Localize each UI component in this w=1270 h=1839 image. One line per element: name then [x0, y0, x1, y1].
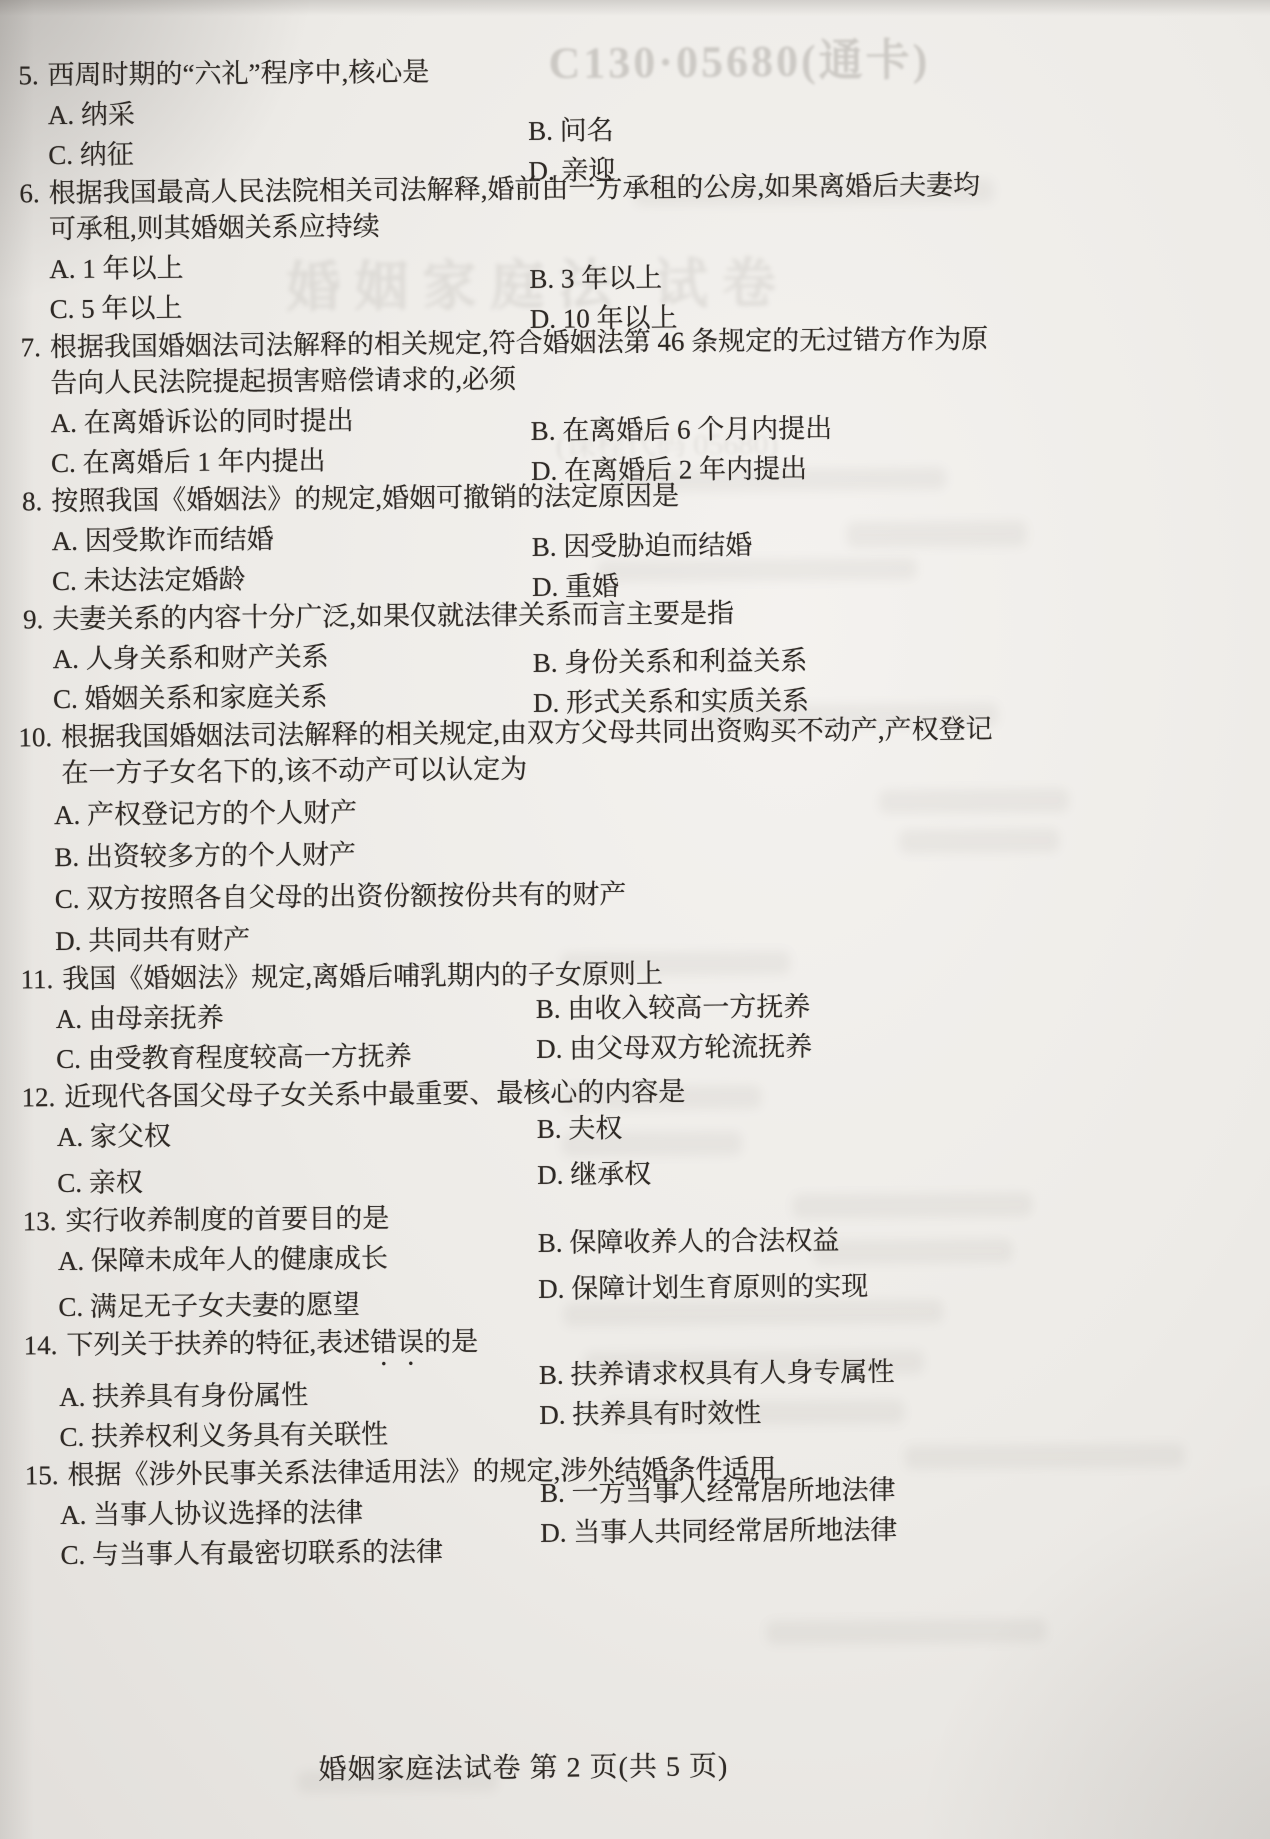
question-number: 15. — [25, 1457, 59, 1493]
question-13: 13. 实行收养制度的首要目的是 A. 保障未成年人的健康成长 B. 保障收养人… — [22, 1195, 1015, 1326]
option-d: D. 亲迎 — [528, 149, 1005, 189]
option-b: B. 3 年以上 — [529, 257, 1006, 297]
question-6: 6. 根据我国最高人民法院相关司法解释,婚前由一方承租的公房,如果离婚后夫妻均可… — [13, 167, 1006, 328]
option-d: D. 当事人共同经常居所地法律 — [540, 1511, 1017, 1551]
option-d: D. 在离婚后 2 年内提出 — [531, 449, 1008, 489]
option-a: A. 保障未成年人的健康成长 — [23, 1239, 538, 1279]
page-footer: 婚姻家庭法试卷 第 2 页(共 5 页) — [27, 1747, 1019, 1792]
option-c: C. 婚姻关系和家庭关系 — [18, 677, 533, 717]
option-c: C. 在离婚后 1 年内提出 — [16, 441, 531, 481]
stem-part: 下列关于扶养的特征,表述 — [66, 1327, 370, 1360]
question-number: 9. — [17, 601, 43, 637]
option-c: C. 扶养权利义务具有关联性 — [24, 1415, 539, 1455]
paper-sheet: C130·05680(通卡) 婚姻家庭法 试卷 (课程代码 05680) — [0, 0, 1270, 1839]
question-number: 5. — [12, 57, 38, 93]
option-a: A. 1 年以上 — [14, 247, 529, 287]
option-a: A. 因受欺诈而结婚 — [17, 519, 532, 559]
option-b: B. 身份关系和利益关系 — [533, 641, 1010, 681]
option-c: C. 满足无子女夫妻的愿望 — [23, 1285, 538, 1325]
option-a: A. 产权登记方的个人财产 — [19, 789, 1011, 834]
option-b: B. 由收入较高一方抚养 — [536, 987, 1013, 1027]
questions-area: 5. 西周时期的“六礼”程序中,核心是 A. 纳采 B. 问名 C. 纳征 D.… — [0, 0, 1270, 1792]
question-stem: 西周时期的“六礼”程序中,核心是 — [47, 49, 1004, 93]
question-number: 13. — [22, 1203, 56, 1239]
option-b: B. 扶养请求权具有人身专属性 — [539, 1353, 1016, 1393]
option-d: D. 10 年以上 — [530, 297, 1007, 337]
option-b: B. 在离婚后 6 个月内提出 — [531, 409, 1008, 449]
option-a: A. 纳采 — [13, 93, 528, 133]
question-number: 7. — [15, 329, 41, 365]
exam-paper-photo: C130·05680(通卡) 婚姻家庭法 试卷 (课程代码 05680) — [0, 0, 1270, 1839]
question-11: 11. 我国《婚姻法》规定,离婚后哺乳期内的子女原则上 A. 由母亲抚养 B. … — [20, 953, 1013, 1078]
option-b: B. 保障收养人的合法权益 — [538, 1221, 1015, 1261]
question-7: 7. 根据我国婚姻法司法解释的相关规定,符合婚姻法第 46 条规定的无过错方作为… — [15, 321, 1008, 482]
question-number: 8. — [16, 483, 42, 519]
option-c: C. 由受教育程度较高一方抚养 — [21, 1037, 536, 1077]
option-a: A. 人身关系和财产关系 — [18, 637, 533, 677]
option-b: B. 一方当事人经常居所地法律 — [540, 1471, 1017, 1511]
question-9: 9. 夫妻关系的内容十分广泛,如果仅就法律关系而言主要是指 A. 人身关系和财产… — [17, 593, 1010, 718]
option-a: A. 扶养具有身份属性 — [24, 1375, 539, 1415]
option-c: C. 亲权 — [22, 1161, 537, 1201]
option-b: B. 因受胁迫而结婚 — [532, 525, 1009, 565]
option-d: D. 形式关系和实质关系 — [533, 681, 1010, 721]
stem-part: 的是 — [424, 1326, 478, 1356]
question-number: 10. — [18, 719, 52, 755]
option-d: D. 重婚 — [532, 565, 1009, 605]
option-a: A. 在离婚诉讼的同时提出 — [15, 401, 530, 441]
option-a: A. 家父权 — [22, 1115, 537, 1155]
question-8: 8. 按照我国《婚姻法》的规定,婚姻可撤销的法定原因是 A. 因受欺诈而结婚 B… — [16, 475, 1009, 600]
question-14: 14. 下列关于扶养的特征,表述错误的是 A. 扶养具有身份属性 B. 扶养请求… — [24, 1319, 1017, 1456]
question-12: 12. 近现代各国父母子女关系中最重要、最核心的内容是 A. 家父权 B. 夫权… — [21, 1071, 1014, 1202]
question-number: 14. — [24, 1327, 58, 1363]
option-b: B. 夫权 — [537, 1107, 1014, 1147]
option-b: B. 问名 — [528, 109, 1005, 149]
stem-emphasized-word: 错误 — [370, 1327, 424, 1357]
option-d: D. 由父母双方轮流抚养 — [536, 1027, 1013, 1067]
option-d: D. 共同共有财产 — [20, 915, 1012, 960]
option-c: C. 双方按照各自父母的出资份额按份共有的财产 — [20, 873, 1012, 918]
option-a: A. 当事人协议选择的法律 — [25, 1493, 540, 1533]
question-number: 11. — [20, 961, 53, 997]
question-number: 12. — [21, 1079, 55, 1115]
option-d: D. 继承权 — [537, 1153, 1014, 1193]
question-stem: 根据我国婚姻法司法解释的相关规定,由双方父母共同出资购买不动产,产权登记在一方子… — [61, 711, 1011, 791]
question-15: 15. 根据《涉外民事关系法律适用法》的规定,涉外结婚条件适用 A. 当事人协议… — [25, 1449, 1018, 1574]
option-c: C. 纳征 — [13, 133, 528, 173]
option-d: D. 保障计划生育原则的实现 — [538, 1267, 1015, 1307]
option-d: D. 扶养具有时效性 — [539, 1393, 1016, 1433]
option-a: A. 由母亲抚养 — [21, 997, 536, 1037]
option-c: C. 与当事人有最密切联系的法律 — [25, 1533, 540, 1573]
option-b: B. 出资较多方的个人财产 — [19, 831, 1011, 876]
question-5: 5. 西周时期的“六礼”程序中,核心是 A. 纳采 B. 问名 C. 纳征 D.… — [12, 49, 1005, 174]
question-10: 10. 根据我国婚姻法司法解释的相关规定,由双方父母共同出资购买不动产,产权登记… — [18, 711, 1012, 960]
option-c: C. 5 年以上 — [14, 287, 529, 327]
option-c: C. 未达法定婚龄 — [17, 559, 532, 599]
question-number: 6. — [13, 175, 39, 211]
